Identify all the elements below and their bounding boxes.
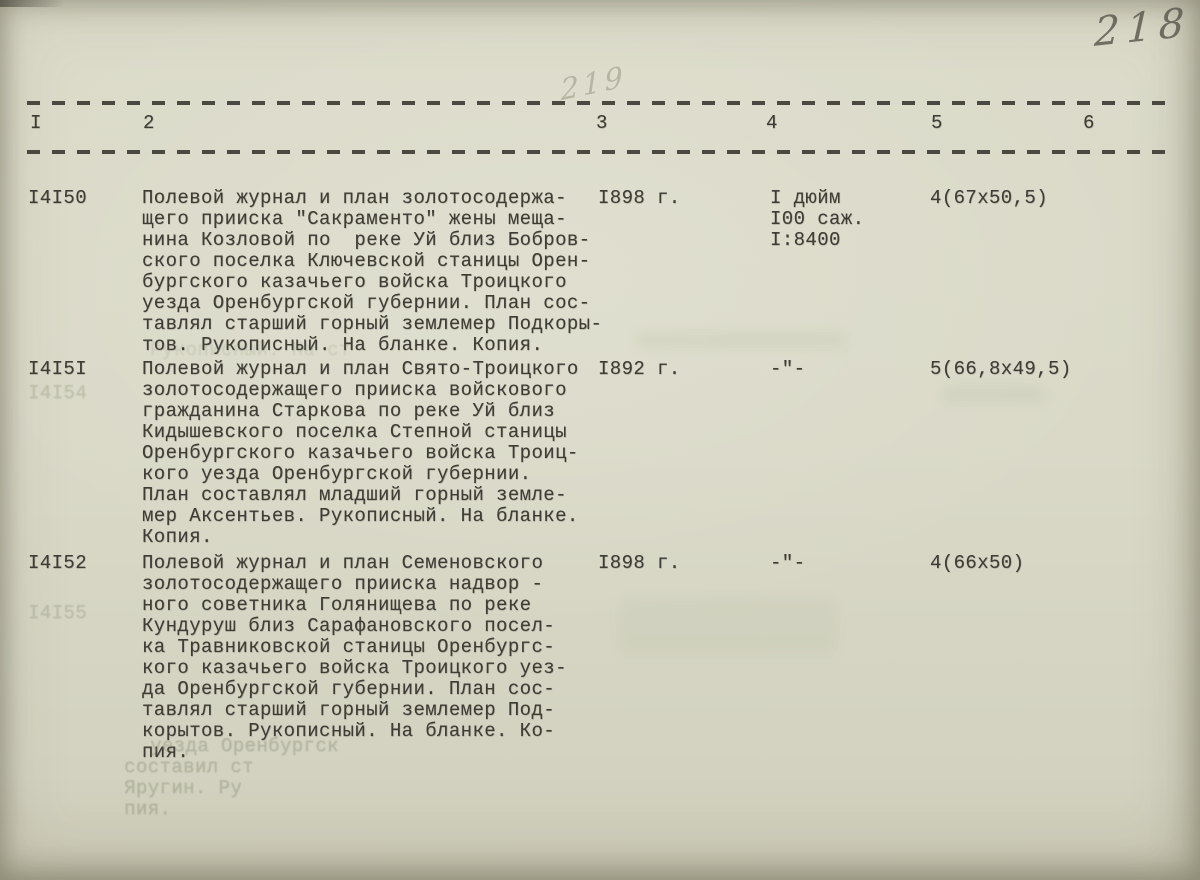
bleed-through-smudge xyxy=(636,332,846,348)
ghost-line: Рукописный. На ст xyxy=(150,340,351,361)
column-header-3: 3 xyxy=(596,113,608,134)
scale-line: I00 саж. xyxy=(770,209,864,230)
description-line: ского поселка Ключевской станицы Орен- xyxy=(142,251,602,272)
row-scale: -"- xyxy=(770,553,805,574)
description-line: бургского казачьего войска Троицкого xyxy=(142,272,602,293)
ghost-line: уезда Оренбургск xyxy=(124,736,339,757)
description-line: ного советника Голянищева по реке xyxy=(142,595,567,616)
ghost-entry-id: I4I55 xyxy=(28,603,87,624)
faint-page-number: 219 xyxy=(560,59,627,108)
row-scale: I дюймI00 саж.I:8400 xyxy=(770,188,864,251)
ghost-text-block: уезда Оренбургсксоставил стЯругин. Рупия… xyxy=(124,736,339,820)
scanned-page: 218 219 I23456 I4I50Полевой журнал и пла… xyxy=(0,0,1200,880)
handwritten-page-number: 218 xyxy=(1093,0,1200,56)
column-header-6: 6 xyxy=(1083,113,1095,134)
row-date: I892 г. xyxy=(598,359,681,380)
column-header-5: 5 xyxy=(931,113,943,134)
column-header-1: I xyxy=(30,113,42,134)
scale-line: I:8400 xyxy=(770,230,864,251)
description-line: Полевой журнал и план Свято-Троицкого xyxy=(142,359,579,380)
row-size: 5(66,8x49,5) xyxy=(930,359,1072,380)
description-line: Полевой журнал и план золотосодержа- xyxy=(142,188,602,209)
description-line: гражданина Старкова по реке Уй близ xyxy=(142,401,579,422)
column-header-2: 2 xyxy=(143,113,155,134)
row-id: I4I5I xyxy=(28,359,87,380)
description-line: ка Травниковской станицы Оренбургс- xyxy=(142,637,567,658)
description-line: Копия. xyxy=(142,527,579,548)
description-line: да Оренбургской губернии. План сос- xyxy=(142,679,567,700)
table-divider-bottom xyxy=(27,150,1173,154)
bleed-through-smudge xyxy=(618,598,838,656)
description-line: кого казачьего войска Троицкого уез- xyxy=(142,658,567,679)
description-line: Оренбургского казачьего войска Троиц- xyxy=(142,443,579,464)
scale-line: I дюйм xyxy=(770,188,864,209)
bleed-through-smudge xyxy=(942,386,1046,404)
ghost-line: пия. xyxy=(124,799,339,820)
ghost-line: составил ст xyxy=(124,757,339,778)
description-line: Кундуруш близ Сарафановского посел- xyxy=(142,616,567,637)
ghost-line: Яругин. Ру xyxy=(124,778,339,799)
description-line: Кидышевского поселка Степной станицы xyxy=(142,422,579,443)
row-description: Полевой журнал и план Свято-Троицкогозол… xyxy=(142,359,579,548)
row-date: I898 г. xyxy=(598,188,681,209)
table-divider-top xyxy=(27,101,1173,105)
row-description: Полевой журнал и план Семеновскогозолото… xyxy=(142,553,567,763)
row-id: I4I52 xyxy=(28,553,87,574)
description-line: золотосодержащего прииска войскового xyxy=(142,380,579,401)
scale-line: -"- xyxy=(770,359,805,380)
description-line: тавлял старший горный землемер Под- xyxy=(142,700,567,721)
description-line: мер Аксентьев. Рукописный. На бланке. xyxy=(142,506,579,527)
row-date: I898 г. xyxy=(598,553,681,574)
row-scale: -"- xyxy=(770,359,805,380)
description-line: тавлял старший горный землемер Подкоры- xyxy=(142,314,602,335)
row-description: Полевой журнал и план золотосодержа-щего… xyxy=(142,188,602,356)
row-size: 4(66x50) xyxy=(930,553,1024,574)
column-header-row: I23456 xyxy=(0,113,1200,139)
description-line: Полевой журнал и план Семеновского xyxy=(142,553,567,574)
description-line: золотосодержащего прииска надвор - xyxy=(142,574,567,595)
scale-line: -"- xyxy=(770,553,805,574)
description-line: уезда Оренбургской губернии. План сос- xyxy=(142,293,602,314)
description-line: нина Козловой по реке Уй близ Бобров- xyxy=(142,230,602,251)
description-line: кого уезда Оренбургской губернии. xyxy=(142,464,579,485)
column-header-4: 4 xyxy=(766,113,778,134)
row-id: I4I50 xyxy=(28,188,87,209)
description-line: щего прииска "Сакраменто" жены меща- xyxy=(142,209,602,230)
ghost-entry-id: I4I54 xyxy=(28,383,87,404)
row-size: 4(67x50,5) xyxy=(930,188,1048,209)
scan-edge-shadow xyxy=(0,0,70,7)
description-line: План составлял младший горный земле- xyxy=(142,485,579,506)
